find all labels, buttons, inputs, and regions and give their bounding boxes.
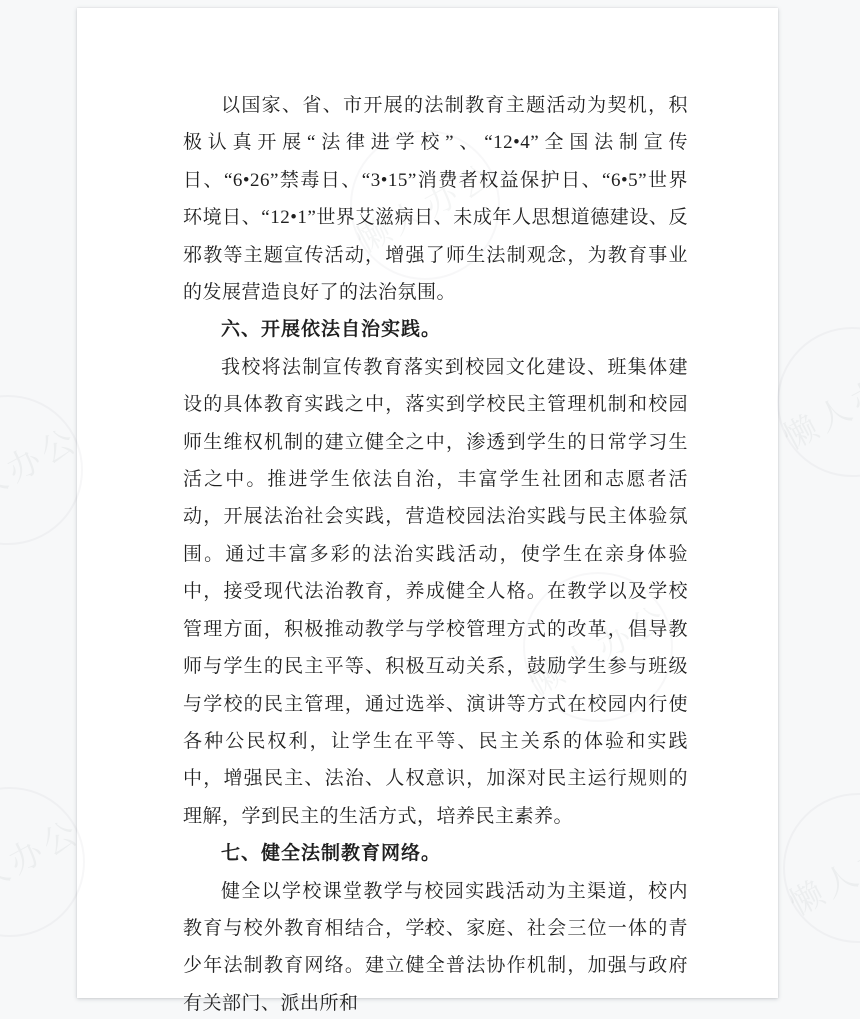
- watermark-ring: [777, 327, 860, 477]
- document-body: 以国家、省、市开展的法制教育主题活动为契机，积极认真开展“法律进学校”、“12•…: [183, 87, 688, 1019]
- watermark-stamp: 懒人办公: [767, 317, 860, 487]
- watermark-stamp: 懒人办公: [773, 783, 860, 953]
- watermark-ring: [0, 395, 83, 545]
- watermark-ring: [0, 787, 85, 937]
- document-viewer: 以国家、省、市开展的法制教育主题活动为契机，积极认真开展“法律进学校”、“12•…: [0, 0, 860, 1019]
- section-heading: 七、健全法制教育网络。: [183, 835, 688, 872]
- paragraph: 健全以学校课堂教学与校园实践活动为主渠道，校内教育与校外教育相结合，学校、家庭、…: [183, 873, 688, 1019]
- paragraph: 以国家、省、市开展的法制教育主题活动为契机，积极认真开展“法律进学校”、“12•…: [183, 87, 688, 311]
- section-heading: 六、开展依法自治实践。: [183, 311, 688, 348]
- document-page: 以国家、省、市开展的法制教育主题活动为契机，积极认真开展“法律进学校”、“12•…: [77, 8, 778, 998]
- watermark-ring: [783, 793, 860, 943]
- paragraph: 我校将法制宣传教育落实到校园文化建设、班集体建设的具体教育实践之中，落实到学校民…: [183, 349, 688, 835]
- page-number: 3: [77, 922, 778, 938]
